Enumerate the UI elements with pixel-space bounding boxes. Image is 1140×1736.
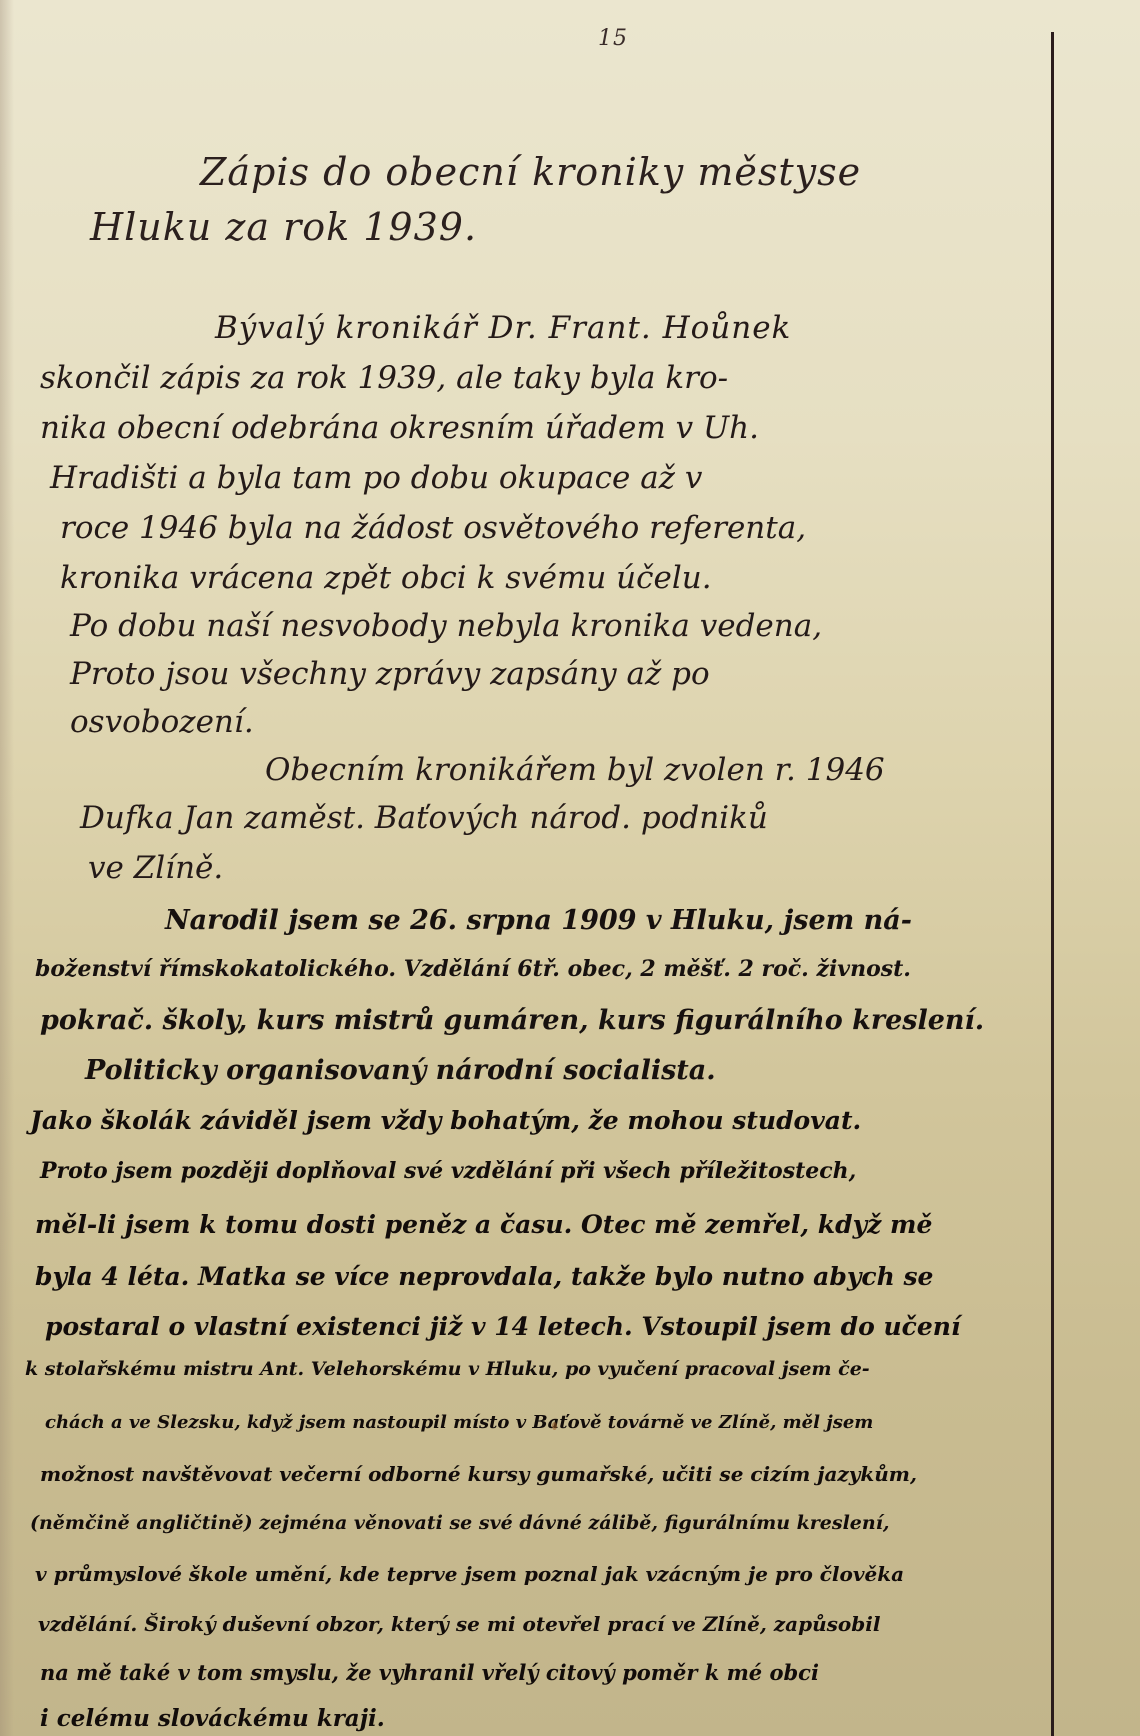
text-line: skončil zápis za rok 1939, ale taky byla…	[40, 360, 728, 396]
text-line: postaral o vlastní existenci již v 14 le…	[45, 1312, 960, 1341]
text-line: boženství římskokatolického. Vzdělání 6t…	[35, 956, 911, 982]
page-number: 15	[598, 26, 628, 51]
text-line: roce 1946 byla na žádost osvětového refe…	[60, 510, 806, 546]
text-line: vzdělání. Široký duševní obzor, který se…	[38, 1612, 880, 1636]
text-line: na mě také v tom smyslu, že vyhranil vře…	[40, 1660, 819, 1685]
text-line: měl-li jsem k tomu dosti peněz a času. O…	[35, 1210, 932, 1239]
text-line: v průmyslové škole umění, kde teprve jse…	[35, 1562, 904, 1586]
ink-stain	[552, 1422, 557, 1430]
text-line: Bývalý kronikář Dr. Frant. Hoůnek	[215, 310, 791, 346]
text-line: Proto jsem později doplňoval své vzdělán…	[40, 1158, 856, 1184]
text-line: kronika vrácena zpět obci k svému účelu.	[60, 560, 712, 596]
title-line: Zápis do obecní kroniky městyse	[200, 150, 861, 194]
text-line: pokrač. školy, kurs mistrů gumáren, kurs…	[40, 1005, 984, 1036]
text-line: i celému slováckému kraji.	[40, 1705, 385, 1732]
text-line: možnost navštěvovat večerní odborné kurs…	[40, 1462, 917, 1486]
text-line: Narodil jsem se 26. srpna 1909 v Hluku, …	[165, 905, 912, 936]
text-line: Dufka Jan zaměst. Baťových národ. podnik…	[80, 800, 768, 836]
text-line: k stolařskému mistru Ant. Velehorskému v…	[25, 1358, 870, 1380]
text-line: nika obecní odebrána okresním úřadem v U…	[40, 410, 759, 446]
text-line: Proto jsou všechny zprávy zapsány až po	[70, 656, 710, 692]
text-line: Po dobu naší nesvobody nebyla kronika ve…	[70, 608, 822, 644]
text-line: (němčině angličtině) zejména věnovati se…	[30, 1512, 890, 1534]
text-line: chách a ve Slezsku, když jsem nastoupil …	[45, 1412, 873, 1433]
text-line: Hradišti a byla tam po dobu okupace až v	[50, 460, 702, 496]
text-line: Jako školák záviděl jsem vždy bohatým, ž…	[30, 1106, 861, 1135]
title-line: Hluku za rok 1939.	[90, 205, 477, 249]
text-line: ve Zlíně.	[88, 850, 223, 886]
text-line: Politicky organisovaný národní socialist…	[85, 1055, 716, 1086]
text-line: osvobození.	[70, 704, 254, 740]
page-left-edge-shadow	[0, 0, 14, 1736]
text-line: Obecním kronikářem byl zvolen r. 1946	[265, 752, 885, 788]
right-margin-line	[1051, 32, 1054, 1736]
chronicle-page: 15 Zápis do obecní kroniky městyse Hluku…	[0, 0, 1140, 1736]
text-line: byla 4 léta. Matka se více neprovdala, t…	[35, 1262, 933, 1291]
